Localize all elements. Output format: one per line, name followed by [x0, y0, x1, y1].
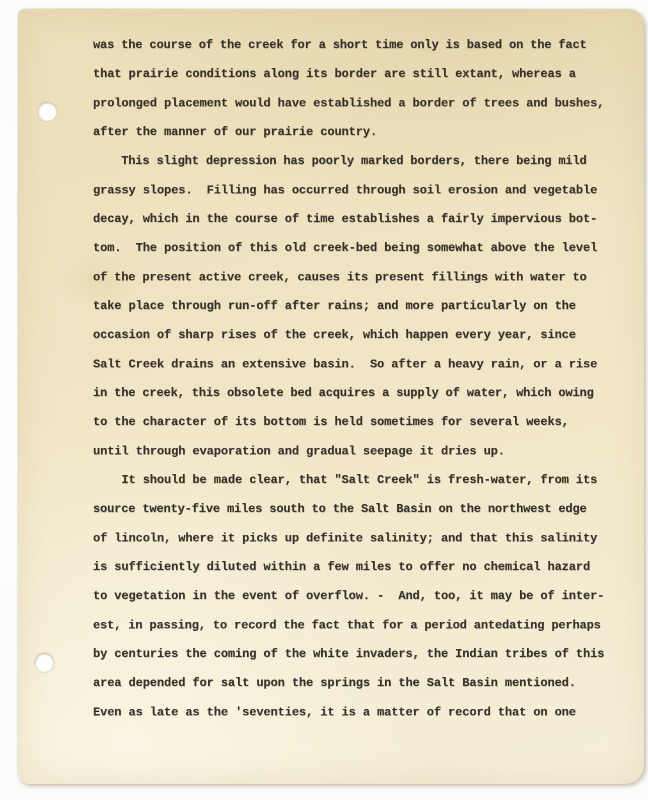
text-line: It should be made clear, that "Salt Cree…	[93, 466, 633, 495]
text-line: in the creek, this obsolete bed acquires…	[93, 379, 633, 408]
text-line: est, in passing, to record the fact that…	[93, 611, 633, 640]
scanned-page: was the course of the creek for a short …	[18, 9, 644, 784]
text-line: that prairie conditions along its border…	[93, 60, 633, 89]
text-line: take place through run-off after rains; …	[93, 292, 633, 321]
text-line: after the manner of our prairie country.	[93, 118, 633, 147]
text-line: was the course of the creek for a short …	[93, 31, 633, 60]
scan-background: was the course of the creek for a short …	[0, 0, 648, 800]
text-line: to the character of its bottom is held s…	[93, 408, 633, 437]
text-line: is sufficiently diluted within a few mil…	[93, 553, 633, 582]
punch-hole-bottom	[35, 653, 54, 672]
text-line: to vegetation in the event of overflow. …	[93, 582, 633, 611]
text-line: by centuries the coming of the white inv…	[93, 640, 633, 669]
text-line: area depended for salt upon the springs …	[93, 669, 633, 698]
text-line: This slight depression has poorly marked…	[93, 147, 633, 176]
punch-hole-top	[38, 102, 57, 121]
text-line: prolonged placement would have establish…	[93, 89, 633, 118]
text-line: of lincoln, where it picks up definite s…	[93, 524, 633, 553]
text-line: grassy slopes. Filling has occurred thro…	[93, 176, 633, 205]
text-line: Even as late as the 'seventies, it is a …	[93, 698, 633, 727]
text-line: Salt Creek drains an extensive basin. So…	[93, 350, 633, 379]
text-line: decay, which in the course of time estab…	[93, 205, 633, 234]
typed-text-block: was the course of the creek for a short …	[93, 31, 633, 727]
text-line: source twenty-five miles south to the Sa…	[93, 495, 633, 524]
text-line: until through evaporation and gradual se…	[93, 437, 633, 466]
text-line: occasion of sharp rises of the creek, wh…	[93, 321, 633, 350]
text-line: of the present active creek, causes its …	[93, 263, 633, 292]
text-line: tom. The position of this old creek-bed …	[93, 234, 633, 263]
